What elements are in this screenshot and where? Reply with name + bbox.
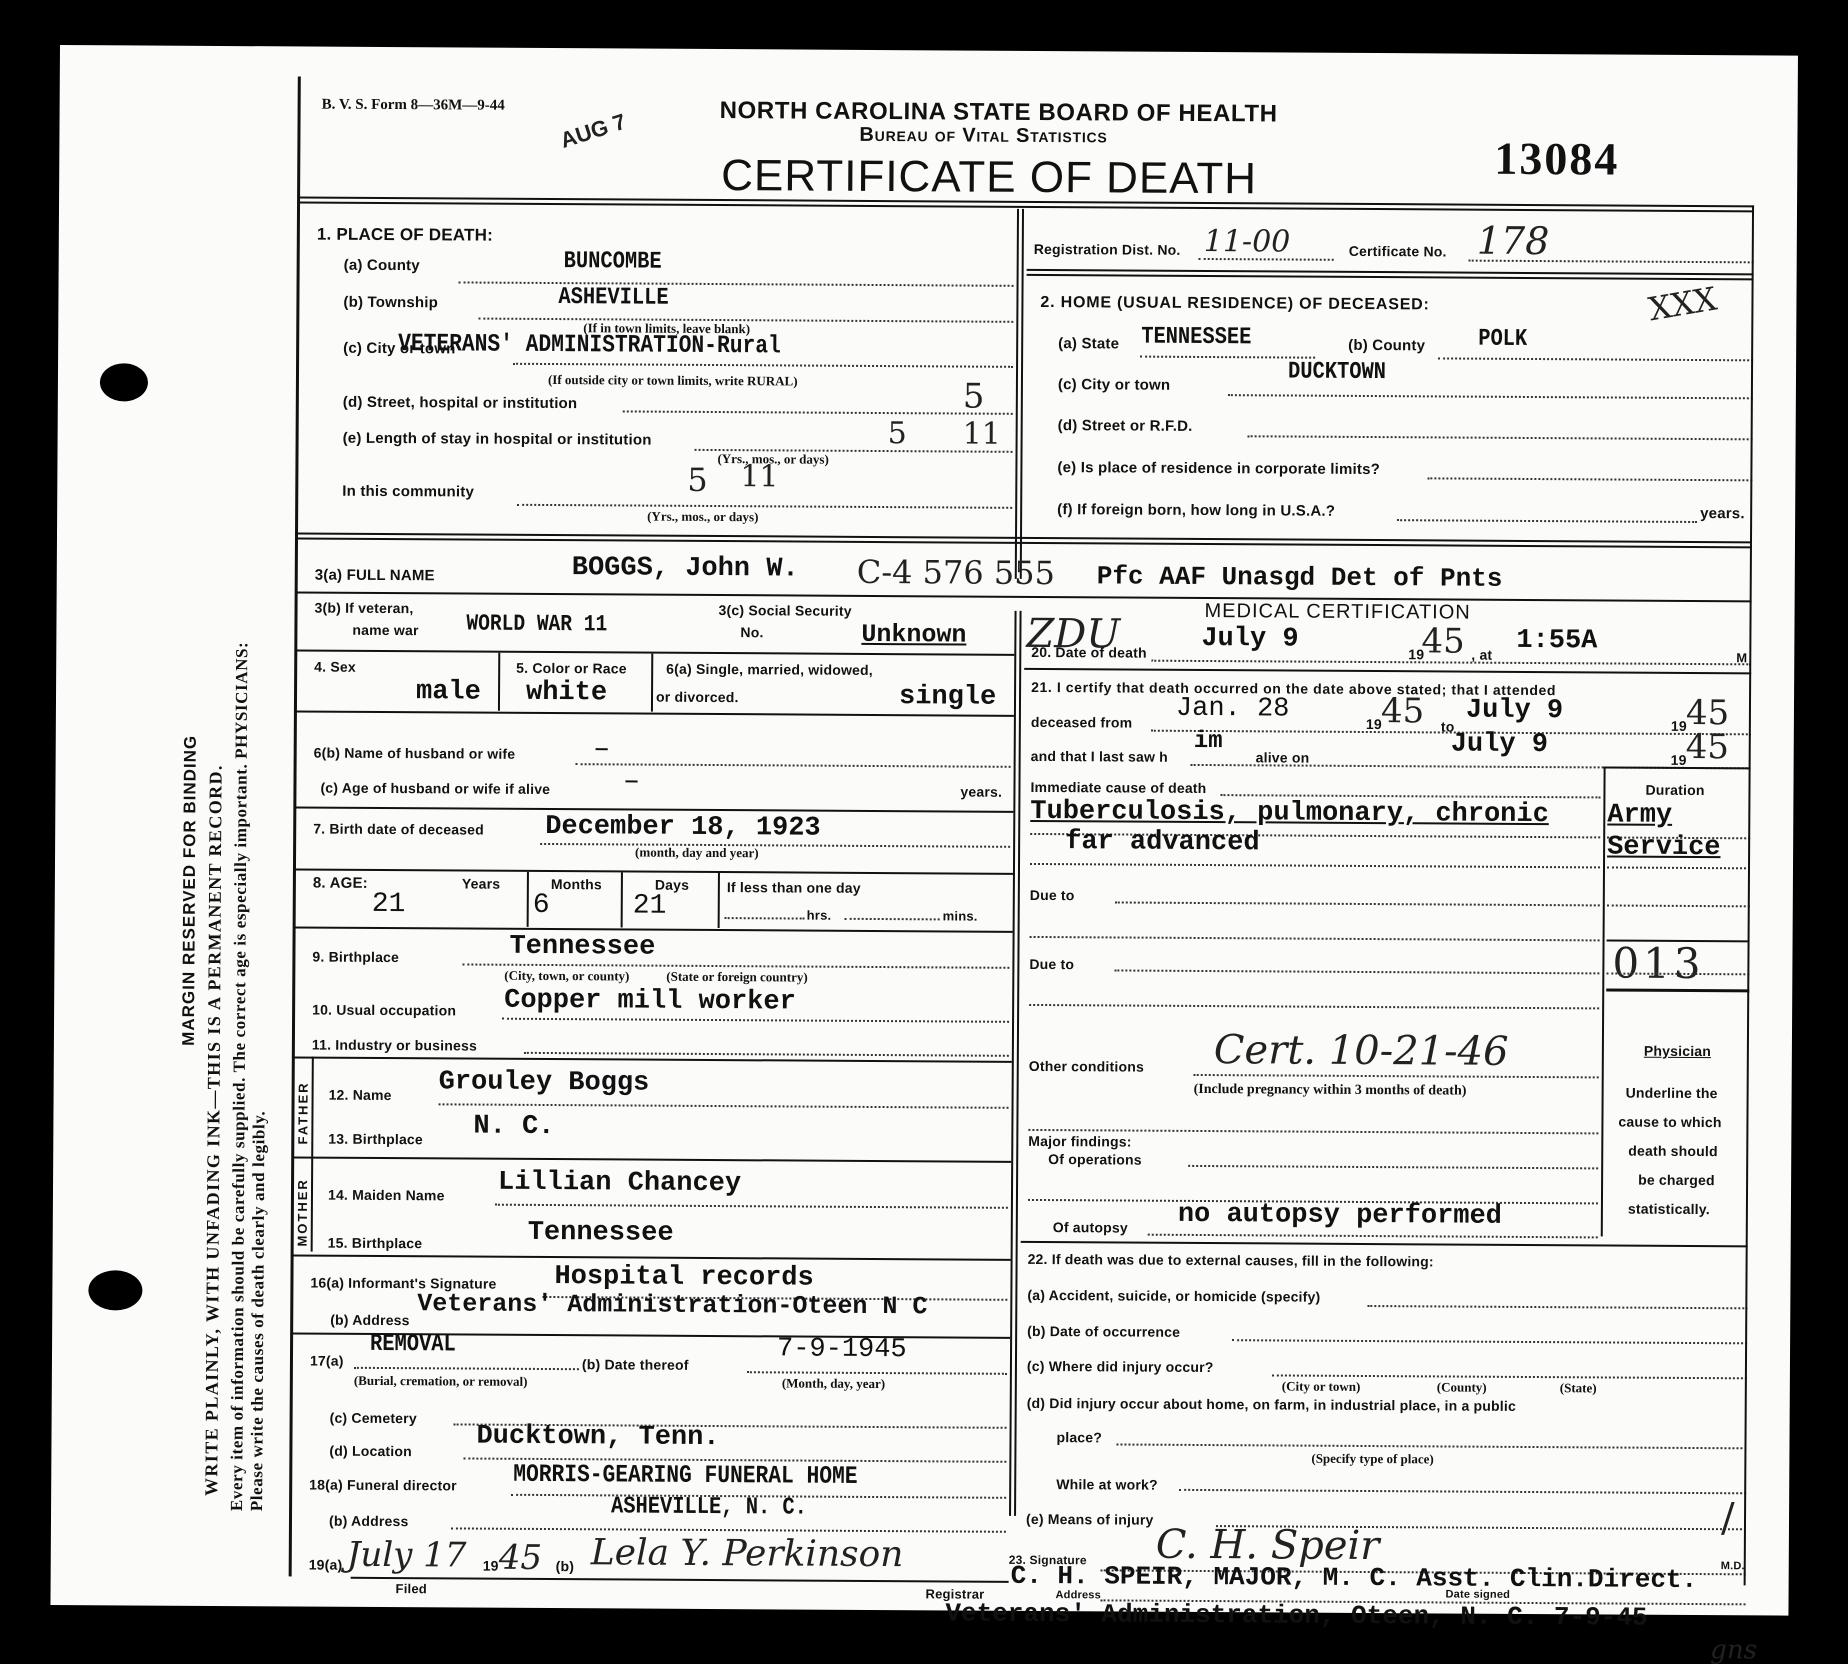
occupation-label: 10. Usual occupation: [312, 1002, 456, 1019]
center-divider: [1015, 209, 1024, 579]
death-date-value[interactable]: July 9: [1201, 624, 1298, 655]
cause-code-value[interactable]: 013: [1612, 939, 1704, 989]
disposition-label: 17(a): [310, 1353, 344, 1369]
last-saw-pronoun[interactable]: im: [1194, 728, 1223, 755]
filed-year-value[interactable]: 45: [499, 1538, 543, 1578]
age-years-label: Years: [462, 875, 500, 891]
full-name-label: 3(a) FULL NAME: [315, 567, 435, 585]
age-months-label: Months: [551, 876, 602, 892]
form-left-border: [289, 76, 301, 1576]
birthplace-note-city: (City, town, or county): [504, 968, 629, 985]
mother-name-value[interactable]: Lillian Chancey: [498, 1168, 741, 1199]
stay-years[interactable]: 5: [888, 416, 907, 451]
attended-from-year-prefix: 19: [1366, 716, 1382, 732]
immediate-cause-value-1[interactable]: Tuberculosis, pulmonary, chronic: [1030, 797, 1549, 830]
external-d-label: (d) Did injury occur about home, on farm…: [1027, 1395, 1516, 1414]
home-county-label: (b) County: [1348, 337, 1425, 354]
disposition-date-note: (Month, day, year): [782, 1375, 885, 1392]
funeral-address-value[interactable]: ASHEVILLE, N. C.: [611, 1493, 807, 1521]
spouse-age-value[interactable]: —: [625, 770, 637, 793]
birth-date-note: (month, day and year): [635, 845, 759, 862]
stay-months[interactable]: 11: [963, 417, 1001, 452]
birthplace-label: 9. Birthplace: [312, 949, 399, 966]
birth-date-value[interactable]: December 18, 1923: [545, 812, 821, 844]
location-value[interactable]: Ducktown, Tenn.: [476, 1422, 719, 1453]
external-b-label: (b) Date of occurrence: [1027, 1323, 1180, 1340]
last-saw-year-prefix: 19: [1671, 752, 1687, 768]
bureau-name: Bureau of Vital Statistics: [859, 124, 1107, 149]
margin-binding-note: MARGIN RESERVED FOR BINDING: [179, 735, 201, 1046]
external-a-label: (a) Accident, suicide, or homicide (spec…: [1027, 1287, 1320, 1305]
margin-instructions-line2: Please write the causes of death clearly…: [247, 1111, 269, 1512]
mother-birthplace-value[interactable]: Tennessee: [528, 1218, 674, 1249]
while-at-work-label: While at work?: [1056, 1476, 1158, 1493]
file-number: 13084: [1494, 132, 1619, 186]
race-value[interactable]: white: [526, 678, 607, 708]
birthplace-value[interactable]: Tennessee: [509, 932, 655, 963]
attended-from-year[interactable]: 45: [1381, 691, 1425, 731]
community-years[interactable]: 5: [687, 461, 708, 499]
marital-value[interactable]: single: [899, 682, 996, 713]
filed-date-value[interactable]: July 17: [347, 1535, 467, 1576]
home-foreign-suffix: years.: [1700, 505, 1745, 522]
occupation-value[interactable]: Copper mill worker: [504, 986, 796, 1018]
disposition-method-note: (Burial, cremation, or removal): [354, 1373, 528, 1390]
race-label: 5. Color or Race: [516, 660, 627, 677]
county-value[interactable]: BUNCOMBE: [564, 248, 662, 276]
death-time-suffix: M: [1736, 650, 1747, 665]
registrar-label-19b: (b): [556, 1558, 575, 1574]
home-state-label: (a) State: [1058, 335, 1119, 352]
attended-from-label: deceased from: [1031, 714, 1133, 731]
place-of-death-heading: 1. PLACE OF DEATH:: [317, 225, 493, 246]
certifier-md-label: M.D.: [1721, 1560, 1745, 1572]
last-saw-label: and that I last saw h: [1031, 748, 1168, 765]
birthplace-note-state: (State or foreign country): [666, 969, 808, 986]
filed-label-19a: 19(a): [309, 1557, 343, 1573]
external-d-note: (Specify type of place): [1311, 1451, 1433, 1468]
death-time-value[interactable]: 1:55A: [1516, 626, 1597, 656]
due-to-label-2: Due to: [1029, 956, 1074, 972]
external-d-label-2: place?: [1056, 1429, 1102, 1445]
ssn-label-2: No.: [740, 624, 763, 640]
autopsy-value[interactable]: no autopsy performed: [1178, 1200, 1502, 1232]
immediate-cause-value-2[interactable]: far advanced: [1065, 827, 1260, 858]
mother-tag: MOTHER: [295, 1178, 310, 1246]
other-conditions-value[interactable]: Cert. 10-21-46: [1214, 1027, 1509, 1075]
received-stamp: AUG 7: [557, 109, 629, 154]
external-e-label: (e) Means of injury: [1026, 1511, 1154, 1528]
registration-dist-label: Registration Dist. No.: [1034, 241, 1181, 258]
physician-note-5: statistically.: [1628, 1201, 1710, 1218]
due-to-label-1: Due to: [1030, 887, 1075, 903]
funeral-address-label: (b) Address: [329, 1513, 409, 1529]
informant-address-label: (b) Address: [330, 1312, 410, 1328]
city-note: (If outside city or town limits, write R…: [548, 372, 798, 390]
death-certificate-page: MARGIN RESERVED FOR BINDING WRITE PLAINL…: [50, 45, 1797, 1616]
home-foreign-label: (f) If foreign born, how long in U.S.A.?: [1057, 501, 1335, 520]
father-birthplace-value[interactable]: N. C.: [473, 1112, 554, 1142]
physician-note-3: death should: [1628, 1143, 1718, 1160]
home-state-value[interactable]: TENNESSEE: [1141, 324, 1251, 352]
father-name-label: 12. Name: [329, 1087, 392, 1103]
death-date-label: 20. Date of death: [1031, 644, 1147, 661]
last-saw-value[interactable]: July 9: [1451, 730, 1548, 761]
ssn-label-1: 3(c) Social Security: [719, 602, 852, 619]
informant-address-value[interactable]: Veterans' Administration-Oteen N C: [417, 1289, 927, 1321]
external-causes-heading: 22. If death was due to external causes,…: [1028, 1251, 1434, 1269]
funeral-director-value[interactable]: MORRIS-GEARING FUNERAL HOME: [513, 1460, 857, 1491]
form-right-border: [1744, 205, 1754, 1585]
father-tag: FATHER: [295, 1081, 310, 1144]
age-years-value[interactable]: 21: [372, 889, 406, 920]
age-less-than-day-label: If less than one day: [727, 879, 861, 896]
death-time-label: , at: [1471, 647, 1492, 663]
marital-label-2: or divorced.: [656, 689, 739, 706]
stay-label: (e) Length of stay in hospital or instit…: [343, 430, 652, 449]
immediate-cause-label: Immediate cause of death: [1030, 779, 1206, 796]
age-days-value[interactable]: 21: [633, 891, 667, 922]
disposition-date-label: (b) Date thereof: [582, 1356, 689, 1373]
certificate-no-label: Certificate No.: [1349, 243, 1447, 260]
filed-caption: Filed: [396, 1581, 427, 1596]
home-check-mark: XXX: [1646, 279, 1720, 328]
home-heading: 2. HOME (USUAL RESIDENCE) OF DECEASED:: [1040, 294, 1429, 314]
attended-to-year-prefix: 19: [1671, 718, 1687, 734]
city-value[interactable]: VETERANS' ADMINISTRATION-Rural: [398, 329, 781, 360]
external-e-mark: /: [1721, 1495, 1735, 1541]
spouse-name-value[interactable]: —: [596, 738, 608, 761]
external-c-label: (c) Where did injury occur?: [1027, 1358, 1214, 1375]
sex-label: 4. Sex: [314, 659, 356, 675]
duration-label: Duration: [1645, 782, 1704, 798]
major-findings-label: Major findings:: [1028, 1133, 1131, 1150]
registration-dist-value[interactable]: 11-00: [1204, 224, 1291, 260]
mother-birthplace-label: 15. Birthplace: [328, 1235, 423, 1252]
margin-write-plainly: WRITE PLAINLY, WITH UNFADING INK—THIS IS…: [201, 764, 226, 1496]
ssn-value[interactable]: Unknown: [861, 620, 966, 650]
age-label: 8. AGE:: [313, 875, 368, 892]
community-label: In this community: [342, 483, 474, 501]
form-id: B. V. S. Form 8—36M—9-44: [322, 97, 505, 115]
mother-name-label: 14. Maiden Name: [328, 1187, 445, 1204]
veteran-war-value[interactable]: WORLD WAR 11: [466, 610, 607, 637]
binding-hole-top: [100, 363, 148, 401]
street-label: (d) Street, hospital or institution: [343, 394, 578, 412]
sex-value[interactable]: male: [416, 677, 481, 707]
external-c-note-county: (County): [1437, 1379, 1487, 1395]
age-mins-label: mins.: [943, 908, 978, 923]
external-c-note-state: (State): [1560, 1380, 1597, 1396]
physician-label: Physician: [1644, 1043, 1711, 1059]
agency-name: NORTH CAROLINA STATE BOARD OF HEALTH: [720, 97, 1278, 128]
informant-signature-value[interactable]: Hospital records: [554, 1262, 813, 1294]
street-value[interactable]: 5: [963, 377, 985, 417]
home-city-value[interactable]: DUCKTOWN: [1288, 359, 1386, 387]
attended-to-value[interactable]: July 9: [1466, 696, 1563, 727]
service-number[interactable]: C-4 576 555: [857, 553, 1055, 592]
community-note: (Yrs., mos., or days): [647, 509, 758, 526]
industry-label: 11. Industry or business: [312, 1037, 477, 1054]
death-year-value[interactable]: 45: [1421, 621, 1465, 661]
other-conditions-label: Other conditions: [1029, 1058, 1144, 1075]
operations-label: Of operations: [1048, 1151, 1142, 1168]
home-city-label: (c) City or town: [1058, 376, 1170, 394]
registration-rule: [1027, 269, 1754, 280]
attended-from-value[interactable]: Jan. 28: [1176, 694, 1290, 725]
physician-note-4: be charged: [1638, 1172, 1715, 1188]
physician-note-2: cause to which: [1618, 1114, 1721, 1131]
father-birthplace-label: 13. Birthplace: [328, 1131, 423, 1148]
external-c-note-city: (City or town): [1282, 1378, 1361, 1394]
birth-date-label: 7. Birth date of deceased: [313, 821, 484, 838]
clerk-initials: gns: [1710, 1635, 1757, 1664]
spouse-age-suffix: years.: [960, 784, 1002, 800]
physician-note-1: Underline the: [1626, 1085, 1718, 1102]
father-name-value[interactable]: Grouley Boggs: [439, 1067, 650, 1098]
spouse-name-label: 6(b) Name of husband or wife: [314, 745, 516, 762]
other-conditions-note: (Include pregnancy within 3 months of de…: [1194, 1082, 1467, 1100]
location-label: (d) Location: [329, 1443, 412, 1460]
certifier-address-value[interactable]: Veterans' Administration, Oteen, N. C. 7…: [945, 1598, 1647, 1632]
last-saw-year[interactable]: 45: [1686, 727, 1730, 767]
duration-value-1[interactable]: Army: [1607, 800, 1672, 830]
age-months-value[interactable]: 6: [533, 890, 550, 921]
disposition-date-value[interactable]: 7-9-1945: [777, 1334, 907, 1365]
spouse-age-label: (c) Age of husband or wife if alive: [320, 780, 550, 797]
disposition-method-value[interactable]: REMOVAL: [370, 1331, 456, 1359]
full-name-rule: [297, 591, 1752, 602]
certifier-typed-name[interactable]: C. H. SPEIR, MAJOR, M. C. Asst. Clin.Dir…: [1011, 1561, 1698, 1595]
cemetery-label: (c) Cemetery: [330, 1410, 417, 1427]
home-county-value[interactable]: POLK: [1478, 326, 1527, 353]
registrar-signature[interactable]: Lela Y. Perkinson: [591, 1532, 904, 1575]
community-months[interactable]: 11: [740, 459, 778, 494]
funeral-director-label: 18(a) Funeral director: [309, 1477, 457, 1494]
duration-column-divider: [1601, 766, 1606, 1236]
section-rule-1: [297, 532, 1752, 548]
township-label: (b) Township: [343, 294, 438, 312]
binding-hole-bottom: [88, 1270, 142, 1310]
home-street-label: (d) Street or R.F.D.: [1058, 417, 1193, 435]
center-divider-lower: [1009, 611, 1022, 1516]
autopsy-label: Of autopsy: [1053, 1219, 1128, 1235]
last-saw-alive-label: alive on: [1256, 749, 1310, 765]
date-signed-label: Date signed: [1446, 1588, 1511, 1600]
duration-value-2[interactable]: Service: [1607, 832, 1721, 863]
full-name-value[interactable]: BOGGS, John W.: [572, 553, 799, 584]
veteran-label-2: name war: [352, 622, 418, 638]
age-hrs-label: hrs.: [807, 908, 832, 923]
home-corporate-label: (e) Is place of residence in corporate l…: [1057, 459, 1380, 478]
marital-label-1: 6(a) Single, married, widowed,: [666, 661, 873, 678]
township-value[interactable]: ASHEVILLE: [558, 284, 668, 312]
filed-year-prefix: 19: [483, 1558, 499, 1574]
certificate-no-value[interactable]: 178: [1477, 219, 1550, 263]
document-title: CERTIFICATE OF DEATH: [721, 151, 1257, 204]
veteran-label-1: 3(b) If veteran,: [315, 600, 414, 617]
county-label: (a) County: [344, 257, 420, 274]
service-info[interactable]: Pfc AAF Unasgd Det of Pnts: [1097, 561, 1503, 593]
